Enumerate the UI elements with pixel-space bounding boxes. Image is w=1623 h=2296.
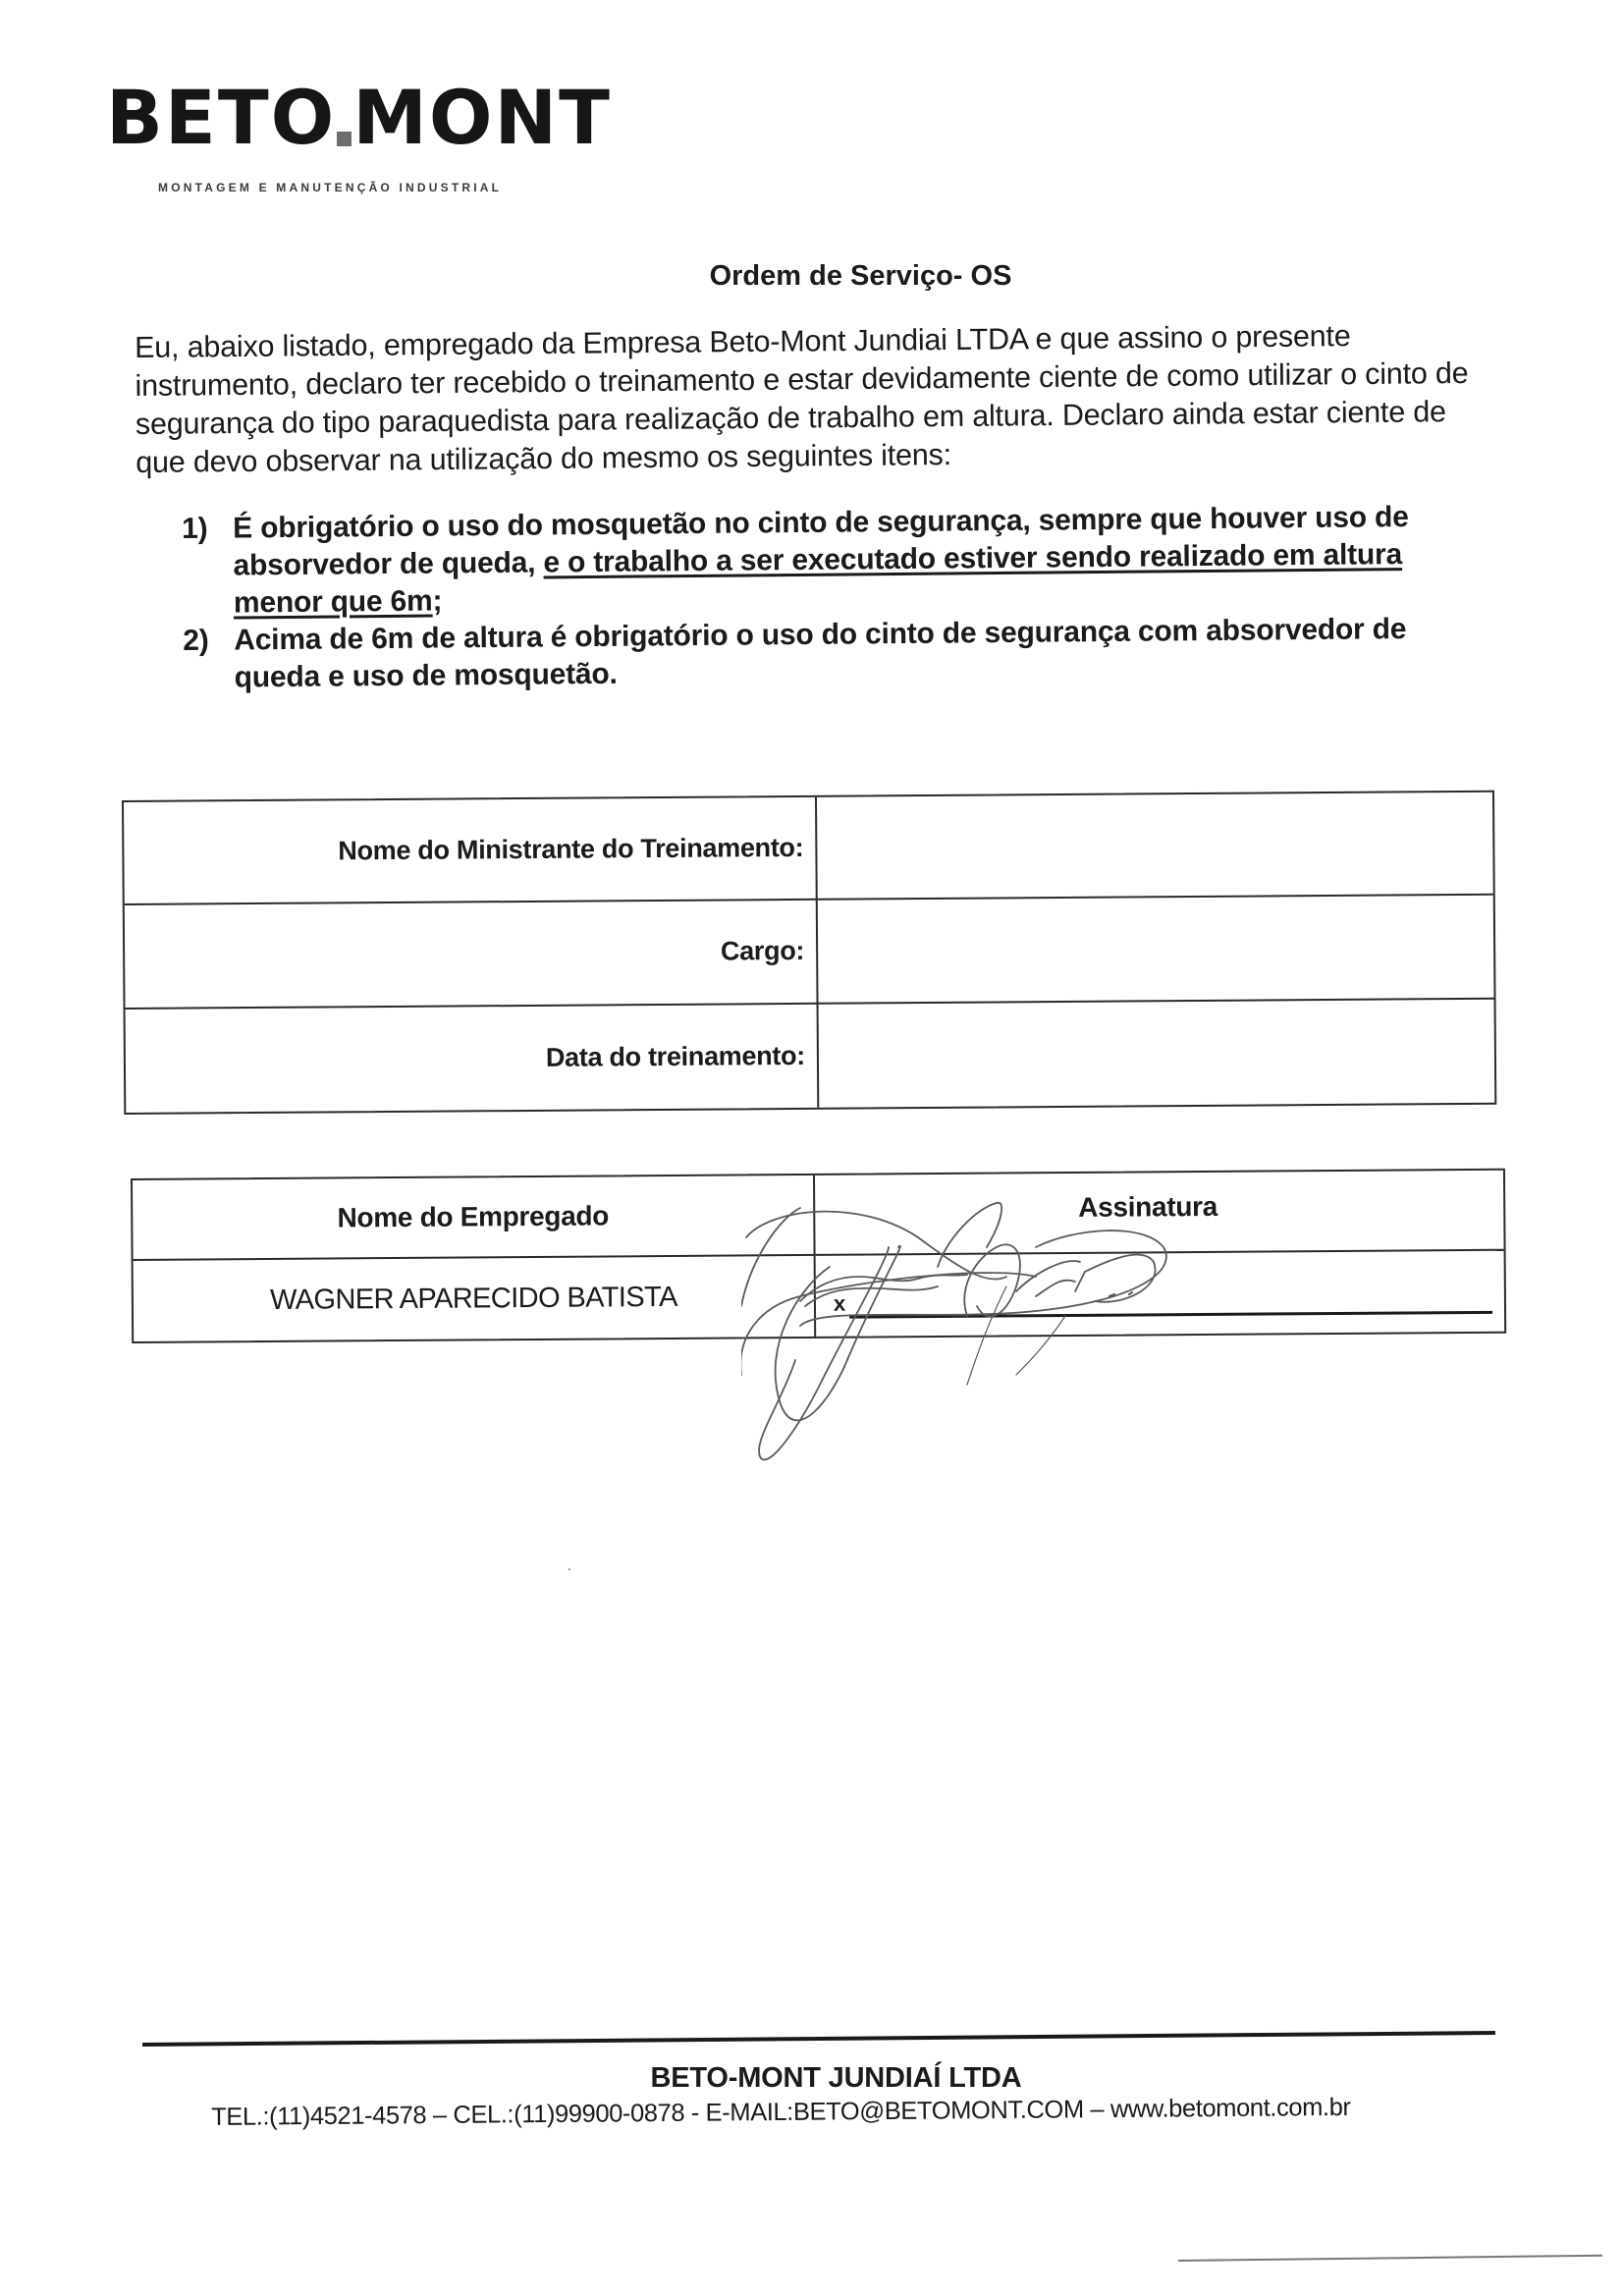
footer-divider — [142, 2031, 1495, 2047]
trainer-name-label: Nome do Ministrante do Treinamento: — [124, 797, 818, 906]
trainer-name-field[interactable] — [817, 793, 1493, 901]
training-info-table: Nome do Ministrante do Treinamento: Carg… — [122, 791, 1496, 1115]
rule-number: 2) — [183, 622, 235, 696]
training-date-field[interactable] — [819, 999, 1495, 1107]
intro-paragraph: Eu, abaixo listado, empregado da Empresa… — [135, 316, 1490, 482]
rule-text: É obrigatório o uso do mosquetão no cint… — [233, 498, 1488, 622]
trainer-role-field[interactable] — [818, 896, 1494, 1004]
employee-name-header-label: Nome do Empregado — [337, 1200, 609, 1233]
logo-word-left: BETO — [106, 81, 336, 155]
training-date-label: Data do treinamento: — [126, 1004, 820, 1113]
rule-number: 1) — [182, 511, 234, 623]
document-title: Ordem de Serviço- OS — [0, 260, 1623, 293]
rule-text: Acima de 6m de altura é obrigatório o us… — [234, 610, 1489, 696]
rule-item: 2) Acima de 6m de altura é obrigatório o… — [183, 610, 1489, 697]
rule-text-plain: Acima de 6m de altura é obrigatório o us… — [234, 613, 1406, 693]
employee-name-header: Nome do Empregado — [133, 1175, 816, 1261]
logo-square-icon — [337, 132, 352, 146]
signature-field[interactable]: x — [816, 1251, 1505, 1337]
logo-tagline: MONTAGEM E MANUTENÇÃO INDUSTRIAL — [158, 181, 612, 194]
employee-signature-table: Nome do Empregado Assinatura WAGNER APAR… — [131, 1169, 1506, 1343]
employee-name: WAGNER APARECIDO BATISTA — [270, 1281, 677, 1316]
employee-name-cell: WAGNER APARECIDO BATISTA — [134, 1256, 817, 1341]
signature-header: Assinatura — [815, 1171, 1504, 1256]
logo-word-right: MONT — [352, 81, 612, 155]
logo-wordmark: BETOMONT — [106, 81, 612, 155]
document-page: BETOMONT MONTAGEM E MANUTENÇÃO INDUSTRIA… — [0, 0, 1623, 2296]
footer-contact-info: TEL.:(11)4521-4578 – CEL.:(11)99900-0878… — [211, 2094, 1351, 2132]
company-logo: BETOMONT MONTAGEM E MANUTENÇÃO INDUSTRIA… — [106, 81, 612, 194]
rule-item: 1) É obrigatório o uso do mosquetão no c… — [182, 498, 1488, 623]
signature-x-mark: x — [834, 1291, 845, 1317]
signature-header-label: Assinatura — [1078, 1191, 1217, 1224]
trainer-role-label: Cargo: — [125, 901, 819, 1010]
scan-edge-line — [1178, 2255, 1602, 2262]
signature-line — [849, 1311, 1492, 1319]
footer-company-name: BETO-MONT JUNDIAÍ LTDA — [0, 2062, 1623, 2095]
rules-list: 1) É obrigatório o uso do mosquetão no c… — [182, 498, 1489, 697]
rule-text-end: ; — [432, 584, 442, 617]
scan-speck — [568, 1568, 570, 1570]
